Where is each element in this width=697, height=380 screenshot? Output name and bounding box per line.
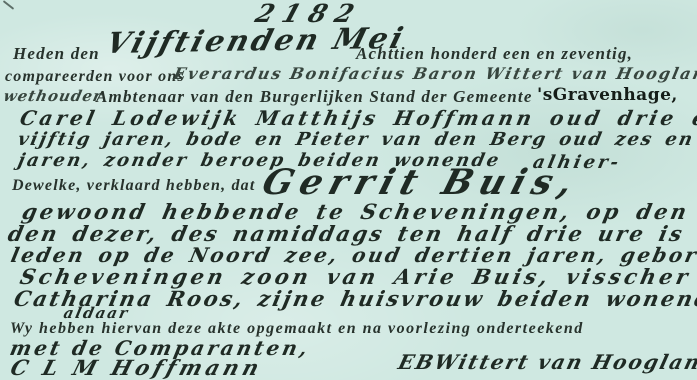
printed-compareerden: compareerden voor ons <box>5 69 185 86</box>
signature-wittert-van-hoogland: EBWittert van Hoogland <box>396 352 697 373</box>
body-line-1: gewoond hebbende te Scheveningen, op den… <box>20 201 697 223</box>
witness-line-2: vijftig jaren, bode en Pieter van den Be… <box>16 131 697 150</box>
printed-year: Achttien honderd een en zeventig, <box>356 45 633 63</box>
death-certificate-document: 2182 Heden den Vijftienden Mei Achttien … <box>0 0 697 380</box>
registrar-name: Everardus Bonifacius Baron Wittert van H… <box>172 66 697 83</box>
printed-dewelke: Dewelke, verklaard hebben, dat <box>12 178 256 195</box>
printed-heden-den: Heden den <box>13 45 100 63</box>
body-line-4: Scheveningen zoon van Arie Buis, vissche… <box>18 266 697 288</box>
scan-artifact <box>3 0 14 10</box>
body-line-3: leden op de Noord zee, oud dertien jaren… <box>9 245 697 266</box>
printed-ambtenaar: Ambtenaar van den Burgerlijken Stand der… <box>96 88 533 106</box>
handwritten-wethouder: wethouder <box>2 89 103 105</box>
body-line-2: den dezer, des namiddags ten half drie u… <box>6 223 697 245</box>
municipality-name: 'sGravenhage, <box>537 87 678 105</box>
deceased-name: Gerrit Buis, <box>258 165 583 202</box>
witness-line-1: Carel Lodewijk Matthijs Hoffmann oud dri… <box>18 108 697 129</box>
signature-hoffmann: C L M Hoffmann <box>8 357 265 379</box>
